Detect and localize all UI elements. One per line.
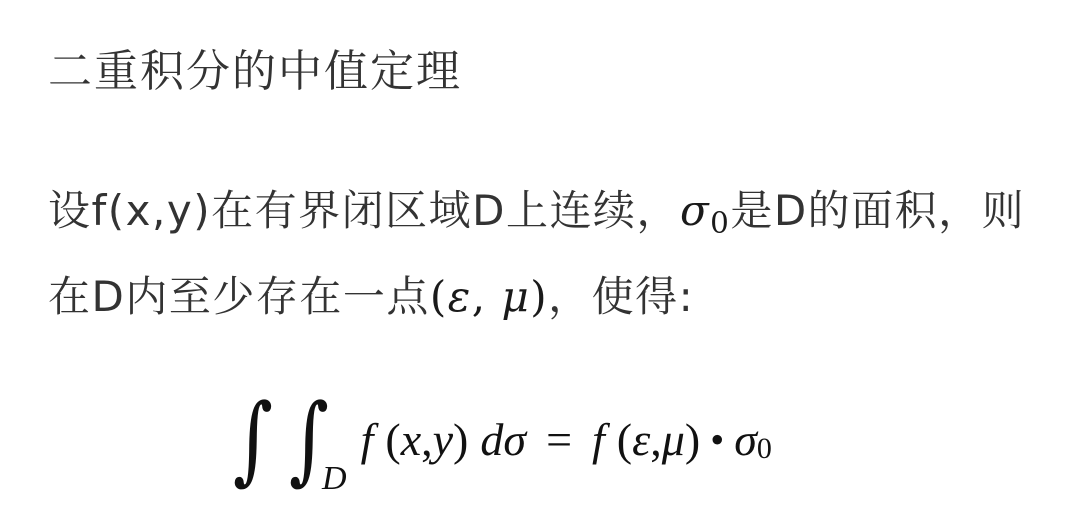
sigma-zero-symbol: σ0 xyxy=(680,186,730,235)
var-epsilon: ε xyxy=(632,413,650,466)
differential-d: d xyxy=(480,413,503,466)
equals-sign: = xyxy=(546,413,572,466)
integral-sign-outer: ∫ xyxy=(233,391,273,487)
mean-value-formula: ∫ ∫ D f ( x , y ) d σ = f ( ε , μ ) • σ … xyxy=(228,384,772,494)
lhs-function: f xyxy=(361,413,374,466)
differential-sigma: σ xyxy=(503,413,526,466)
statement-text-3: ，使得: xyxy=(548,272,694,321)
area-sigma-subscript: 0 xyxy=(757,432,772,466)
var-x: x xyxy=(401,413,421,466)
bullet-operator: • xyxy=(710,416,724,463)
var-mu: μ xyxy=(662,413,685,466)
theorem-statement: 设f(x,y)在有界闭区域D上连续，σ0是D的面积，则在D内至少存在一点(ε, … xyxy=(48,168,1038,340)
rhs-function: f xyxy=(592,413,605,466)
point-expression: (ε, μ) xyxy=(430,272,548,321)
area-sigma: σ xyxy=(734,413,757,466)
integral-domain: D xyxy=(322,460,347,498)
statement-text-1: 设f(x,y)在有界闭区域D上连续， xyxy=(48,186,680,235)
page-title: 二重积分的中值定理 xyxy=(48,44,462,100)
var-y: y xyxy=(433,413,453,466)
